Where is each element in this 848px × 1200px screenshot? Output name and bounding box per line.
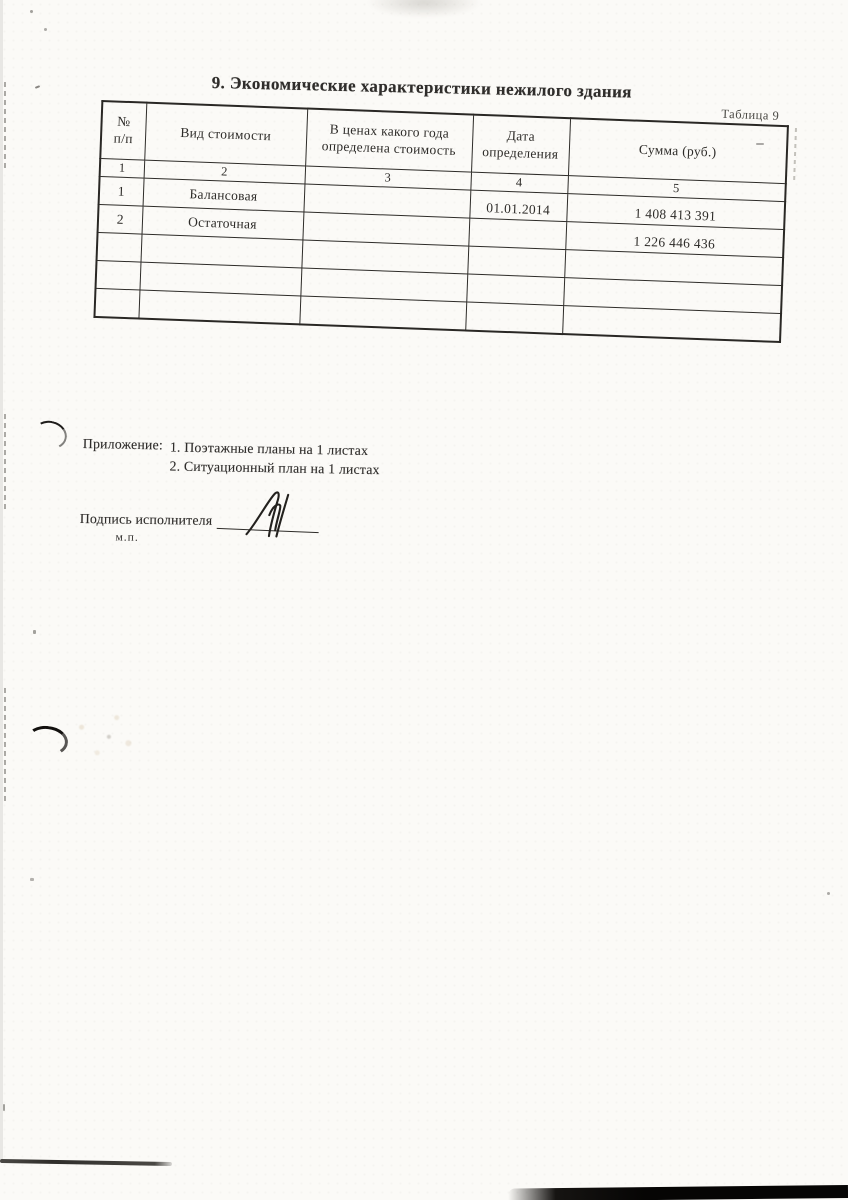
header-cell-date: Дата определения [471,115,570,176]
attachment-label: Приложение: [82,436,163,475]
cell-year [299,296,466,331]
header-cell-year: В ценах какого года определена стоимость [305,109,473,173]
cell-num [96,260,141,290]
scan-edge-mark [4,82,6,172]
colnum-cell: 1 [100,158,145,178]
signature-block: Подпись исполнителя м.п. [79,506,318,546]
scan-smudge [366,0,482,18]
colnum-cell: 4 [470,172,568,194]
signature-label: Подпись исполнителя [80,511,213,529]
attachment-item: 2. Ситуационный план на 1 листах [169,457,379,480]
cell-date [465,302,563,334]
scan-speck [30,878,34,881]
cell-num: 1 [99,176,144,206]
scan-line-artifact [0,1159,172,1166]
scan-speck [3,1104,5,1111]
cell-date: 01.01.2014 [469,193,567,225]
scan-speck [35,85,40,89]
cell-kind [138,290,300,324]
cell-num: 2 [98,204,143,234]
punch-hole-mark-icon [30,417,70,452]
cell-date [466,274,564,306]
scan-edge-mark [4,688,6,803]
page-edge-shadow [508,1185,848,1200]
header-cell-kind: Вид стоимости [144,103,307,166]
scan-edge-mark [793,128,796,184]
header-cell-num: № п/п [100,101,146,160]
punch-hole-mark-icon [25,724,70,758]
signature-line [216,508,319,533]
economics-table-block: Таблица 9 № п/п Вид стоимости В ценах ка… [93,84,787,343]
scan-speckles [66,708,144,772]
scan-speck [30,10,33,13]
scan-edge-mark [4,414,6,509]
scan-speck [756,143,764,145]
scan-speck [44,28,47,31]
economics-table: № п/п Вид стоимости В ценах какого года … [93,100,789,343]
cell-num [97,232,142,262]
scan-speck [33,630,36,634]
scan-speck [827,892,830,895]
cell-num [94,288,139,318]
header-cell-sum: Сумма (руб.) [568,118,788,183]
signature-row: Подпись исполнителя [80,506,319,530]
cell-date [467,246,565,278]
handwritten-signature-icon [242,488,306,541]
scan-edge-shadow [0,0,3,1160]
attachment-items: 1. Поэтажные планы на 1 листах 2. Ситуац… [169,438,380,480]
attachment-block: Приложение: 1. Поэтажные планы на 1 лист… [82,436,380,479]
